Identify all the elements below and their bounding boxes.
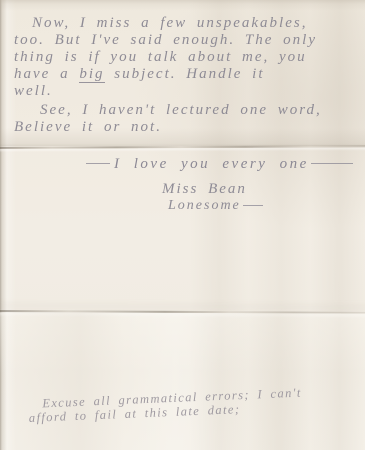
- letter-line: well.: [14, 83, 358, 100]
- paper-sheen: [0, 313, 365, 450]
- letter-line: have a big subject. Handle it: [14, 66, 358, 83]
- closing-text: I love you every one: [114, 156, 309, 172]
- letter-body: Now, I miss a few unspeakables, too. But…: [14, 15, 358, 136]
- pen-flourish: [243, 205, 263, 206]
- pen-flourish: [86, 163, 110, 164]
- signature-name: Miss Bean: [162, 181, 247, 198]
- closing-line: I love you every one: [86, 156, 353, 173]
- letter-line: thing is if you talk about me, you: [14, 49, 358, 66]
- letter-line-fragment: have a: [14, 66, 79, 82]
- fold-crease-top: [0, 145, 365, 149]
- letter-paper: Now, I miss a few unspeakables, too. But…: [0, 0, 365, 450]
- pen-flourish: [311, 163, 353, 164]
- signature-alias-text: Lonesome: [168, 198, 241, 213]
- underlined-word: big: [79, 66, 104, 83]
- signature-alias: Lonesome: [168, 197, 263, 214]
- letter-line: See, I haven't lectured one word,: [14, 102, 358, 119]
- letter-line: Believe it or not.: [14, 119, 358, 136]
- letter-line: too. But I've said enough. The only: [14, 32, 358, 49]
- letter-line: Now, I miss a few unspeakables,: [14, 15, 358, 32]
- letter-line-fragment: subject. Handle it: [105, 66, 265, 82]
